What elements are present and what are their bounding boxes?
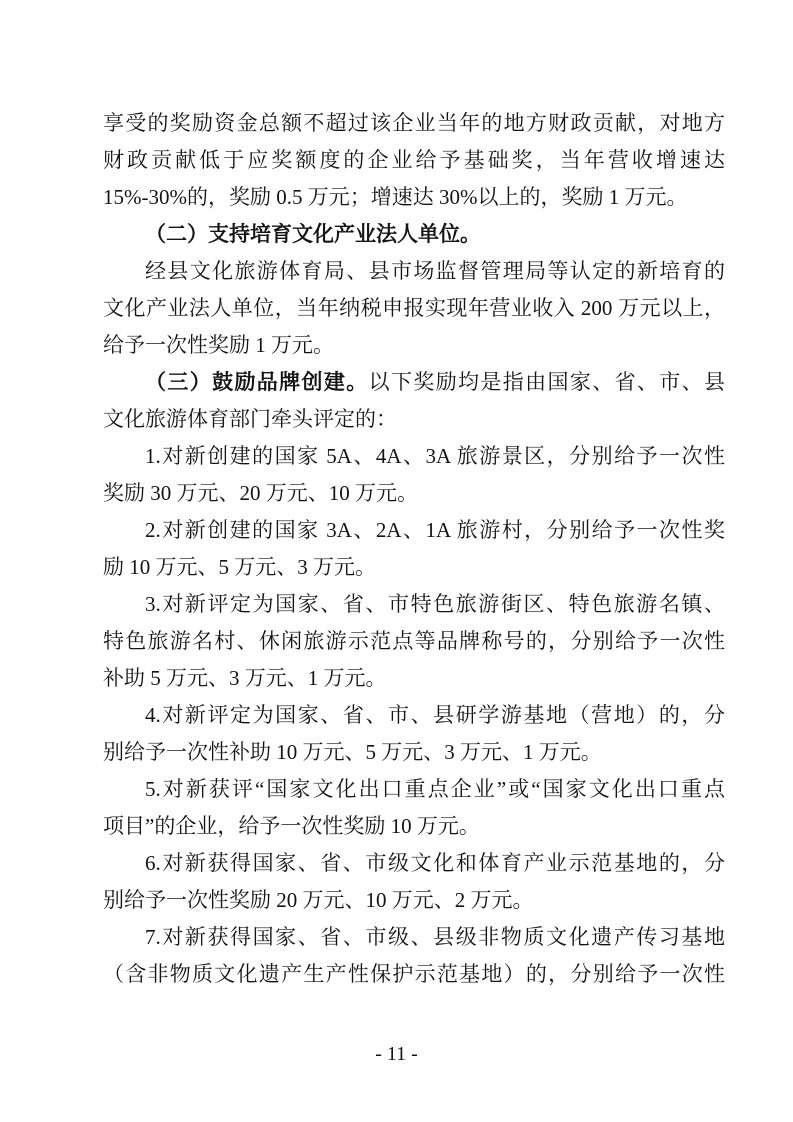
section-heading-2: （二）支持培育文化产业法人单位。 <box>103 216 725 253</box>
text-line: 别给予一次性奖励 20 万元、10 万元、2 万元。 <box>103 882 725 919</box>
list-item-5-line: 5.对新获评“国家文化出口重点企业”或“国家文化出口重点 <box>103 771 725 808</box>
list-item-3-line: 3.对新评定为国家、省、市特色旅游街区、特色旅游名镇、 <box>103 586 725 623</box>
list-item-4-line: 4.对新评定为国家、省、市、县研学游基地（营地）的，分 <box>103 697 725 734</box>
section-heading-3: （三）鼓励品牌创建。 <box>145 370 369 394</box>
section-heading-3-line: （三）鼓励品牌创建。以下奖励均是指由国家、省、市、县 <box>103 364 725 401</box>
text-line: 励 10 万元、5 万元、3 万元。 <box>103 549 725 586</box>
page-body-text: 享受的奖励资金总额不超过该企业当年的地方财政贡献，对地方 财政贡献低于应奖额度的… <box>103 105 725 993</box>
list-item-6-line: 6.对新获得国家、省、市级文化和体育产业示范基地的，分 <box>103 845 725 882</box>
list-item-2-line: 2.对新创建的国家 3A、2A、1A 旅游村，分别给予一次性奖 <box>103 512 725 549</box>
document-page: 享受的奖励资金总额不超过该企业当年的地方财政贡献，对地方 财政贡献低于应奖额度的… <box>0 0 793 1122</box>
text-run: 以下奖励均是指由国家、省、市、县 <box>369 370 725 394</box>
text-line: 奖励 30 万元、20 万元、10 万元。 <box>103 475 725 512</box>
text-line: 享受的奖励资金总额不超过该企业当年的地方财政贡献，对地方 <box>103 105 725 142</box>
list-item-7-line: 7.对新获得国家、省、市级、县级非物质文化遗产传习基地 <box>103 919 725 956</box>
text-line: 经县文化旅游体育局、县市场监督管理局等认定的新培育的 <box>103 253 725 290</box>
text-line: 特色旅游名村、休闲旅游示范点等品牌称号的，分别给予一次性 <box>103 623 725 660</box>
text-line: 补助 5 万元、3 万元、1 万元。 <box>103 660 725 697</box>
text-line: 财政贡献低于应奖额度的企业给予基础奖，当年营收增速达 <box>103 142 725 179</box>
list-item-1-line: 1.对新创建的国家 5A、4A、3A 旅游景区，分别给予一次性 <box>103 438 725 475</box>
text-line: （含非物质文化遗产生产性保护示范基地）的，分别给予一次性 <box>103 956 725 993</box>
text-line: 文化旅游体育部门牵头评定的： <box>103 401 725 438</box>
text-line: 别给予一次性补助 10 万元、5 万元、3 万元、1 万元。 <box>103 734 725 771</box>
page-number: - 11 - <box>0 1041 793 1067</box>
text-line: 15%-30%的，奖励 0.5 万元；增速达 30%以上的，奖励 1 万元。 <box>103 179 725 216</box>
text-line: 给予一次性奖励 1 万元。 <box>103 327 725 364</box>
text-line: 文化产业法人单位，当年纳税申报实现年营业收入 200 万元以上， <box>103 290 725 327</box>
text-line: 项目”的企业，给予一次性奖励 10 万元。 <box>103 808 725 845</box>
